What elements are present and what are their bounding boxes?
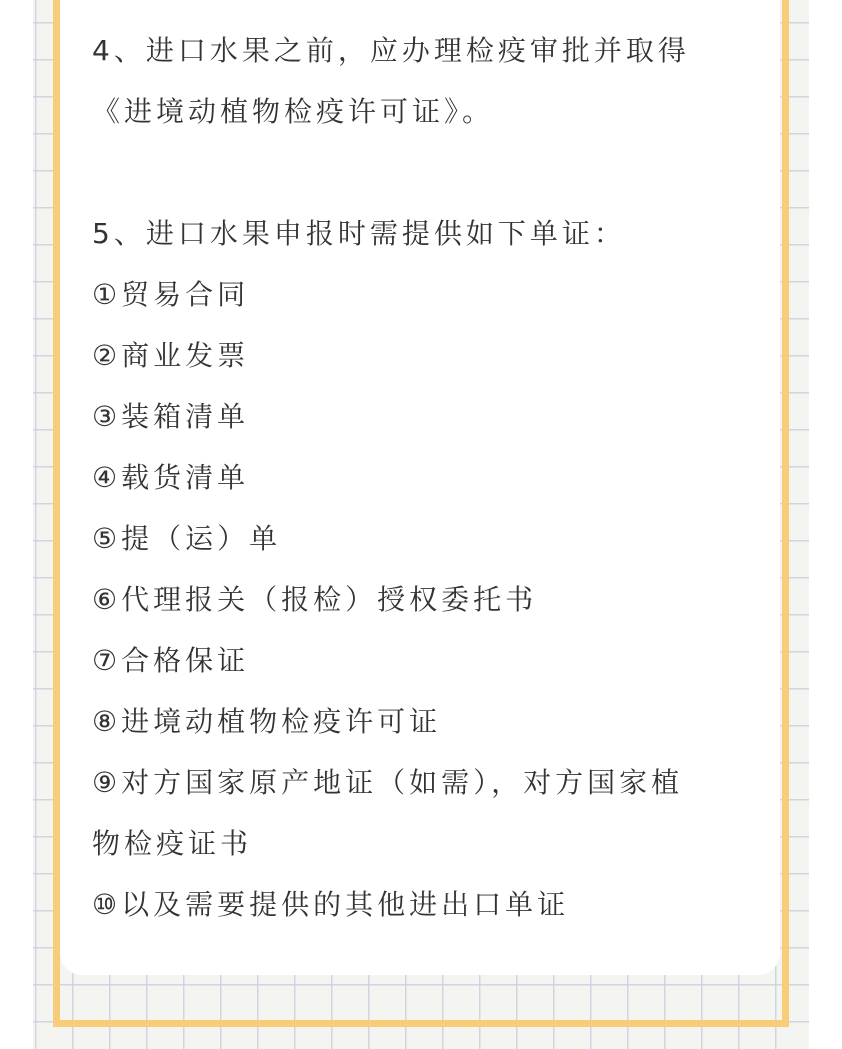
- section-5: 5、进口水果申报时需提供如下单证： ①贸易合同 ②商业发票 ③装箱清单 ④载货清…: [92, 203, 762, 935]
- document-item: ②商业发票: [92, 325, 762, 386]
- section-4-line-2: 《进境动植物检疫许可证》。: [92, 81, 762, 142]
- document-item: ⑩以及需要提供的其他进出口单证: [92, 874, 762, 935]
- document-item: ③装箱清单: [92, 386, 762, 447]
- document-item: ⑦合格保证: [92, 630, 762, 691]
- document-item: ⑧进境动植物检疫许可证: [92, 691, 762, 752]
- document-item: ①贸易合同: [92, 264, 762, 325]
- document-content: 4、进口水果之前，应办理检疫审批并取得 《进境动植物检疫许可证》。 5、进口水果…: [92, 20, 762, 935]
- section-4-line-1: 4、进口水果之前，应办理检疫审批并取得: [92, 20, 762, 81]
- document-item: ⑤提（运）单: [92, 508, 762, 569]
- document-item: ⑨对方国家原产地证（如需），对方国家植: [92, 752, 762, 813]
- document-item: ⑥代理报关（报检）授权委托书: [92, 569, 762, 630]
- section-4: 4、进口水果之前，应办理检疫审批并取得 《进境动植物检疫许可证》。: [92, 20, 762, 142]
- document-item: ④载货清单: [92, 447, 762, 508]
- document-item-continuation: 物检疫证书: [92, 813, 762, 874]
- section-5-heading: 5、进口水果申报时需提供如下单证：: [92, 203, 762, 264]
- paragraph-spacer: [92, 142, 762, 203]
